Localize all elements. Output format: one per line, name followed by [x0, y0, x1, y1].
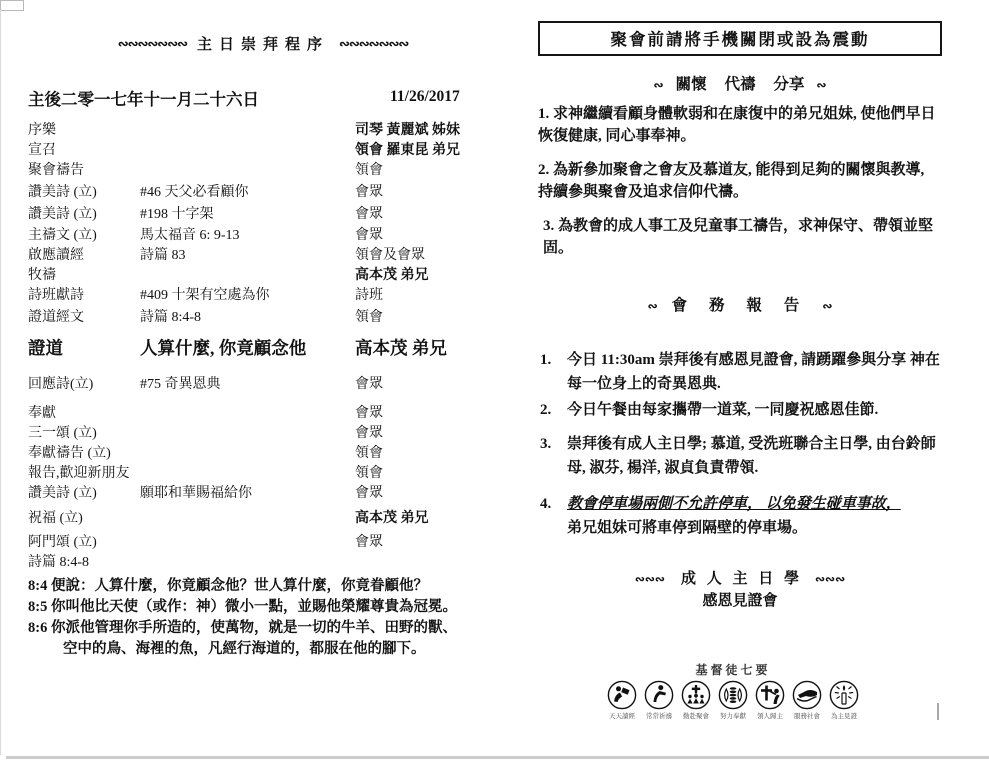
program-content: 馬太福音 6: 9-13: [140, 226, 355, 246]
program-leader: 會眾: [355, 424, 488, 444]
essential-cell: 勤赴聚會: [679, 680, 713, 720]
essential-cell: 領人歸主: [753, 680, 787, 720]
announcement-item: 4. 教會停車場兩側不允許停車， 以免發生碰車事故，弟兄姐妹可將車停到隔壁的停車…: [540, 492, 942, 540]
program-row: 詩班獻詩#409 十架有空處為你詩班: [28, 286, 488, 306]
program-content: #75 奇異恩典: [140, 375, 355, 395]
program-content: #198 十字架: [140, 205, 355, 225]
program-leader: 領會 羅東昆 弟兄: [355, 141, 488, 161]
program-item: 讚美詩 (立): [28, 183, 140, 203]
swirl-ornament-icon: ∾: [822, 299, 832, 313]
corner-box: [0, 0, 24, 11]
program-content: [140, 424, 355, 444]
program-item: 宣召: [28, 141, 140, 161]
essential-label: 努力奉獻: [716, 711, 750, 720]
program-leader: 高本茂 弟兄: [355, 335, 488, 361]
program-item: 奉獻禱告 (立): [28, 444, 140, 464]
program-leader: 司琴 黃麗斌 姊妹: [355, 121, 488, 141]
scripture-line: 8:6 你派他管理你手所造的，使萬物，就是一切的牛羊、田野的獸、: [28, 618, 498, 639]
program-content: 詩篇 8:4-8: [140, 308, 355, 328]
phone-notice-box: 聚會前請將手機關閉或設為震動: [538, 21, 942, 56]
program-item: 證道: [28, 335, 140, 361]
program-leader: 會眾: [355, 404, 488, 424]
program-item: 讚美詩 (立): [28, 484, 140, 504]
program-leader: 會眾: [355, 183, 488, 203]
scripture-line: 8:4 便說：人算什麼，你竟顧念他？世人算什麼，你竟眷顧他？: [28, 576, 498, 597]
page-title: 主日崇拜程序: [197, 37, 329, 53]
item-number: 1.: [540, 348, 567, 396]
program-leader: 高本茂 弟兄: [355, 509, 488, 529]
item-text: 崇拜後有成人主日學; 慕道, 受洗班聯合主日學, 由台鈴師母, 淑芬, 楊洋, …: [567, 436, 936, 476]
announcements-list: 1. 今日 11:30am 崇拜後有感恩見證會, 請踴躍參與分享 神在每一位身上…: [540, 348, 942, 540]
program-content: #46 天父必看顧你: [140, 183, 355, 203]
reports-title-text: 會 務 報 告: [672, 297, 809, 314]
seven-essentials-icons: 天天讀經 常常祈禱: [524, 680, 942, 720]
program-row: 證道經文詩篇 8:4-8領會: [28, 308, 488, 328]
item-number: 2.: [540, 398, 567, 422]
program-content: [140, 553, 355, 573]
program-row: 阿門頌 (立)會眾: [28, 533, 488, 553]
announcement-item: 3. 崇拜後有成人主日學; 慕道, 受洗班聯合主日學, 由台鈴師母, 淑芬, 楊…: [540, 432, 942, 480]
swirl-ornament-icon: ∾∾∾: [815, 572, 845, 586]
page-left-edge: [0, 10, 1, 755]
program-content: [140, 161, 355, 181]
date-english: 11/26/2017: [390, 88, 460, 106]
swirl-ornament-icon: ∾: [816, 78, 826, 92]
program-row: 回應詩(立)#75 奇異恩典會眾: [28, 375, 488, 395]
program-item: 祝福 (立): [28, 509, 140, 529]
program-row: 讚美詩 (立)願耶和華賜福給你會眾: [28, 484, 488, 504]
care-item: 1. 求神繼續看顧身體軟弱和在康復中的弟兄姐妹, 使他們早日恢復健康, 同心事奉…: [538, 104, 942, 147]
seven-essentials: 基督徒七要 天天讀經: [538, 661, 942, 720]
scripture-line: 8:5 你叫他比天使（或作：神）微小一點，並賜他榮耀尊貴為冠冕。: [28, 597, 498, 618]
essential-cell: 努力奉獻: [716, 680, 750, 720]
program-item: 奉獻: [28, 404, 140, 424]
program-item: 序樂: [28, 121, 140, 141]
praying-icon: [644, 680, 674, 710]
care-prayer-list: 1. 求神繼續看顧身體軟弱和在康復中的弟兄姐妹, 使他們早日恢復健康, 同心事奉…: [538, 104, 942, 259]
program-content: 願耶和華賜福給你: [140, 484, 355, 504]
item-number: 4.: [540, 492, 567, 540]
lead-to-christ-icon: [755, 680, 785, 710]
program-leader: 會眾: [355, 226, 488, 246]
announcement-item: 1. 今日 11:30am 崇拜後有感恩見證會, 請踴躍參與分享 神在每一位身上…: [540, 348, 942, 396]
program-item: 阿門頌 (立): [28, 533, 140, 553]
essential-label: 為主見證: [827, 711, 861, 720]
adult-school-subtitle: 感恩見證會: [538, 589, 942, 610]
reading-bible-icon: [607, 680, 637, 710]
essential-label: 天天讀經: [605, 711, 639, 720]
program-row: 讚美詩 (立)#198 十字架會眾: [28, 205, 488, 225]
essential-cell: 天天讀經: [605, 680, 639, 720]
program-item: 三一頌 (立): [28, 424, 140, 444]
swirl-ornament-icon: ∾∾∾∾∾∾∾: [118, 36, 187, 51]
program-row: 報告,歡迎新朋友領會: [28, 464, 488, 484]
program-content: [140, 464, 355, 484]
witness-candle-icon: [829, 680, 859, 710]
program-row: 牧禱高本茂 弟兄: [28, 266, 488, 286]
item-text: 弟兄姐妹可將車停到隔壁的停車場。: [567, 520, 807, 536]
program-content: [140, 444, 355, 464]
program-row: 詩篇 8:4-8: [28, 553, 488, 573]
care-section-title: ∾關懷 代禱 分享∾: [538, 72, 942, 94]
date-chinese: 主後二零一七年十一月二十六日: [28, 90, 259, 109]
program-row: 讚美詩 (立)#46 天父必看顧你會眾: [28, 183, 488, 203]
item-text: 今日 11:30am 崇拜後有感恩見證會, 請踴躍參與分享 神在每一位身上的奇異…: [567, 352, 940, 392]
worship-program-header: ∾∾∾∾∾∾∾主日崇拜程序∾∾∾∾∾∾∾: [28, 33, 498, 54]
scripture-line: 空中的鳥、海裡的魚，凡經行海道的，都服在他的腳下。: [28, 639, 498, 660]
reports-section-title: ∾會 務 報 告∾: [538, 293, 942, 315]
program-item: 讚美詩 (立): [28, 205, 140, 225]
program-leader: 領會: [355, 464, 488, 484]
program-row: 奉獻禱告 (立)領會: [28, 444, 488, 464]
item-underlined-text: 教會停車場兩側不允許停車， 以免發生碰車事故，: [567, 492, 942, 516]
program-content: 詩篇 83: [140, 246, 355, 266]
program-item: 牧禱: [28, 266, 140, 286]
bulletin-page: ∾∾∾∾∾∾∾主日崇拜程序∾∾∾∾∾∾∾ 主後二零一七年十一月二十六日 11/2…: [0, 0, 989, 761]
adult-title-text: 成 人 主 日 學: [681, 571, 799, 587]
essential-cell: 為主見證: [827, 680, 861, 720]
item-text: 今日午餐由每家攜帶一道菜, 一同慶祝感恩佳節.: [567, 402, 878, 418]
program-item: 回應詩(立): [28, 375, 140, 395]
offering-icon: [718, 680, 748, 710]
program-row: 主禱文 (立)馬太福音 6: 9-13會眾: [28, 226, 488, 246]
item-number: 3.: [540, 432, 567, 480]
program-table: 序樂司琴 黃麗斌 姊妹 宣召領會 羅東昆 弟兄 聚會禱告領會 讚美詩 (立)#4…: [28, 121, 488, 573]
program-row: 奉獻會眾: [28, 404, 488, 424]
attend-meeting-icon: [681, 680, 711, 710]
program-leader: 會眾: [355, 533, 488, 553]
program-row: 聚會禱告領會: [28, 161, 488, 181]
program-content: [140, 404, 355, 424]
care-item: 2. 為新參加聚會之會友及慕道友, 能得到足夠的關懷與教導, 持續參與聚會及追求…: [538, 160, 942, 203]
program-leader: 會眾: [355, 375, 488, 395]
essential-label: 常常祈禱: [642, 711, 676, 720]
left-column: ∾∾∾∾∾∾∾主日崇拜程序∾∾∾∾∾∾∾ 主後二零一七年十一月二十六日 11/2…: [28, 0, 498, 761]
program-row: 宣召領會 羅東昆 弟兄: [28, 141, 488, 161]
essential-cell: 服務社會: [790, 680, 824, 720]
program-leader: 會眾: [355, 205, 488, 225]
serve-society-icon: [792, 680, 822, 710]
program-content: [140, 533, 355, 553]
adult-sunday-school-title: ∾∾∾成 人 主 日 學∾∾∾: [538, 567, 942, 588]
program-content: [140, 141, 355, 161]
essential-cell: 常常祈禱: [642, 680, 676, 720]
care-title-text: 關懷 代禱 分享: [676, 76, 805, 93]
right-column: 聚會前請將手機關閉或設為震動 ∾關懷 代禱 分享∾ 1. 求神繼續看顧身體軟弱和…: [538, 0, 942, 761]
program-leader: 領會: [355, 444, 488, 464]
swirl-ornament-icon: ∾: [654, 78, 664, 92]
essential-label: 服務社會: [790, 711, 824, 720]
program-leader: 領會: [355, 308, 488, 328]
program-content: [140, 266, 355, 286]
program-item: 聚會禱告: [28, 161, 140, 181]
announcement-item: 2. 今日午餐由每家攜帶一道菜, 一同慶祝感恩佳節.: [540, 398, 942, 422]
program-leader: 詩班: [355, 286, 488, 306]
program-leader: 領會: [355, 161, 488, 181]
program-row-sermon: 證道人算什麼, 你竟顧念他高本茂 弟兄: [28, 335, 488, 361]
program-item: 主禱文 (立): [28, 226, 140, 246]
program-leader: 高本茂 弟兄: [355, 266, 488, 286]
care-item: 3. 為教會的成人事工及兒童事工禱告，求神保守、帶領並堅固。: [538, 216, 942, 259]
swirl-ornament-icon: ∾∾∾∾∾∾∾: [339, 36, 408, 51]
program-item: 啟應讀經: [28, 246, 140, 266]
program-row: 啟應讀經詩篇 83領會及會眾: [28, 246, 488, 266]
program-content: [140, 121, 355, 141]
program-row: 序樂司琴 黃麗斌 姊妹: [28, 121, 488, 141]
seven-essentials-title: 基督徒七要: [524, 661, 942, 678]
date-row: 主後二零一七年十一月二十六日 11/26/2017: [28, 86, 498, 110]
scripture-passage: 8:4 便說：人算什麼，你竟顧念他？世人算什麼，你竟眷顧他？ 8:5 你叫他比天…: [28, 576, 498, 660]
program-row: 三一頌 (立)會眾: [28, 424, 488, 444]
program-content: #409 十架有空處為你: [140, 286, 355, 306]
program-row: 祝福 (立)高本茂 弟兄: [28, 509, 488, 529]
essential-label: 勤赴聚會: [679, 711, 713, 720]
program-item: 報告,歡迎新朋友: [28, 464, 140, 484]
essential-label: 領人歸主: [753, 711, 787, 720]
program-item: 證道經文: [28, 308, 140, 328]
program-leader: 領會及會眾: [355, 246, 488, 266]
program-content: 人算什麼, 你竟顧念他: [140, 335, 355, 361]
swirl-ornament-icon: ∾: [648, 299, 658, 313]
program-item: 詩班獻詩: [28, 286, 140, 306]
program-leader: [355, 553, 488, 573]
program-item: 詩篇 8:4-8: [28, 553, 140, 573]
program-content: [140, 509, 355, 529]
program-leader: 會眾: [355, 484, 488, 504]
swirl-ornament-icon: ∾∾∾: [635, 572, 665, 586]
